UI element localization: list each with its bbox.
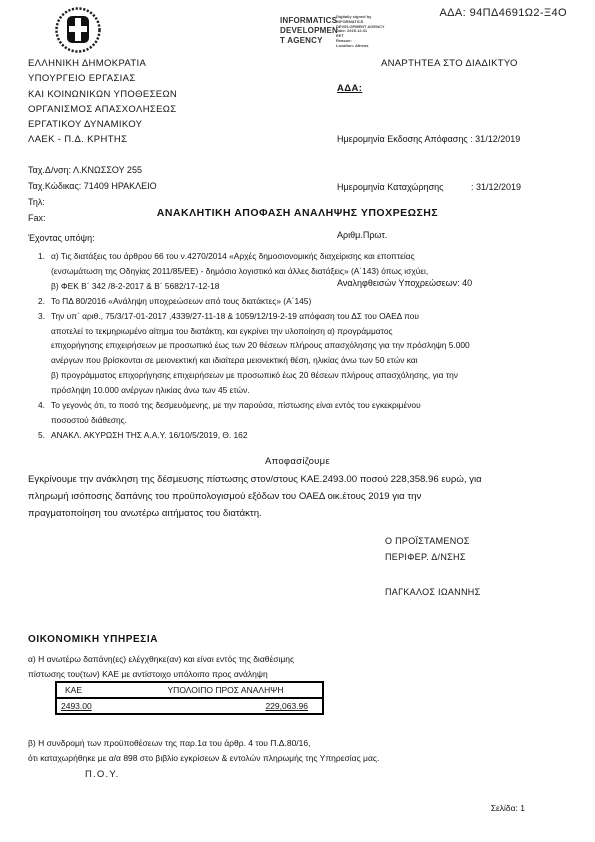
table-cell-balance-value: 229,063.96 — [141, 701, 308, 711]
signatory-title: Ο ΠΡΟΪΣΤΑΜΕΝΟΣ — [385, 533, 480, 549]
ada-label: ΑΔΑ: — [337, 83, 362, 94]
finance-para-line: ότι καταχωρήθηκε με α/α 898 στο βιβλίο ε… — [28, 751, 379, 766]
finance-para-line: α) Η ανωτέρω δαπάνη(ες) ελέγχθηκε(αν) κα… — [28, 652, 294, 667]
consideration-line: β) προγράμματος επιχορήγησης επιχειρήσεω… — [51, 368, 583, 383]
stamp-agency-line: T AGENCY — [280, 36, 338, 46]
item-number: 3. — [38, 309, 45, 324]
contact-line: Ταχ.Κώδικας: 71409 ΗΡΑΚΛΕΙΟ — [28, 178, 157, 194]
consideration-line: αποτελεί το τεκμηριωμένο αίτημα του διατ… — [51, 324, 583, 339]
preamble-label: Έχοντας υπόψη: — [28, 233, 95, 243]
issuer-line: ΕΛΛΗΝΙΚΗ ΔΗΜΟΚΡΑΤΙΑ — [28, 56, 177, 71]
finance-heading: ΟΙΚΟΝΟΜΙΚΗ ΥΠΗΡΕΣΙΑ — [28, 634, 158, 645]
consideration-line: Την υπ΄ αριθ., 75/3/17-01-2017 ,4339/27-… — [51, 309, 583, 324]
consideration-line: (ενσωμάτωση της Οδηγίας 2011/85/ΕΕ) - δη… — [51, 264, 583, 279]
item-number: 4. — [38, 398, 45, 413]
decision-paragraph: Εγκρίνουμε την ανάκληση της δέσμευσης πί… — [28, 471, 482, 522]
consideration-line: β) ΦΕΚ Β΄ 342 /8-2-2017 & Β΄ 5682/17-12-… — [51, 279, 583, 294]
signature-stamp-agency: INFORMATICS DEVELOPMEN T AGENCY — [280, 16, 338, 46]
meta-line-issue-date: Ημερομηνία Εκδοσης Απόφασης : 31/12/2019 — [337, 131, 521, 147]
item-number: 1. — [38, 249, 45, 264]
greek-emblem-logo — [54, 6, 102, 59]
consideration-line: ΑΝΑΚΛ. ΑΚΥΡΩΣΗ ΤΗΣ Α.Α.Υ. 16/10/5/2019, … — [51, 428, 583, 443]
stamp-agency-line: INFORMATICS — [280, 16, 338, 26]
finance-table: ΚΑΕ ΥΠΟΛΟΙΠΟ ΠΡΟΣ ΑΝΑΛΗΨΗ 2493.00 229,06… — [55, 681, 324, 715]
consideration-line: ανέργων που βρίσκονται σε μειονεκτική κα… — [51, 353, 583, 368]
consideration-line: ποσοστού διάθεσης. — [51, 413, 583, 428]
consideration-line: πρόσληψη 10.000 ανέργων ηλικίας άνω των … — [51, 383, 583, 398]
signatory-name: ΠΑΓΚΑΛΟΣ ΙΩΑΝΝΗΣ — [385, 584, 480, 600]
page-number: Σελίδα: 1 — [491, 803, 525, 813]
table-header-balance: ΥΠΟΛΟΙΠΟ ΠΡΟΣ ΑΝΑΛΗΨΗ — [135, 685, 316, 695]
document-page: INFORMATICS DEVELOPMEN T AGENCY Digitall… — [0, 0, 595, 842]
issuer-line: ΟΡΓΑΝΙΣΜΟΣ ΑΠΑΣΧΟΛΗΣΕΩΣ — [28, 102, 177, 117]
consideration-item: 5. ΑΝΑΚΛ. ΑΚΥΡΩΣΗ ΤΗΣ Α.Α.Υ. 16/10/5/201… — [38, 428, 583, 443]
signatory-directorate: ΠΕΡΙΦΕΡ. Δ/ΝΣΗΣ — [385, 549, 480, 565]
finance-paragraph-b: β) Η συνδρομή των προϋποθέσεων της παρ.1… — [28, 736, 379, 766]
decision-heading: Αποφασίζουμε — [0, 456, 595, 467]
finance-table-row: 2493.00 229,063.96 — [57, 699, 322, 713]
contact-line: Ταχ.Δ/νση: Λ.ΚΝΩΣΣΟΥ 255 — [28, 162, 157, 178]
finance-para-line: πίστωσης του(των) ΚΑΕ με αντίστοιχο υπόλ… — [28, 667, 294, 682]
decision-line: πραγματοποίηση του ανωτέρω αιτήματος του… — [28, 505, 482, 522]
signature-stamp-details: Digitally signed by INFORMATICS DEVELOPM… — [336, 15, 385, 49]
item-number: 2. — [38, 294, 45, 309]
considerations-list: 1. α) Τις διατάξεις του άρθρου 66 του ν.… — [38, 249, 583, 443]
consideration-line: α) Τις διατάξεις του άρθρου 66 του ν.427… — [51, 249, 583, 264]
finance-paragraph-a: α) Η ανωτέρω δαπάνη(ες) ελέγχθηκε(αν) κα… — [28, 652, 294, 681]
consideration-line: Το γεγονός ότι, το ποσό της δεσμευόμενης… — [51, 398, 583, 413]
publish-notice: ΑΝΑΡΤΗΤΕΑ ΣΤΟ ΔΙΑΔΙΚΤΥΟ — [381, 58, 518, 69]
consideration-line: επιχορήγησης επιχειρήσεων με προσωπικό έ… — [51, 338, 583, 353]
issuer-block: ΕΛΛΗΝΙΚΗ ΔΗΜΟΚΡΑΤΙΑ ΥΠΟΥΡΓΕΙΟ ΕΡΓΑΣΙΑΣ Κ… — [28, 56, 177, 148]
finance-table-header-row: ΚΑΕ ΥΠΟΛΟΙΠΟ ΠΡΟΣ ΑΝΑΛΗΨΗ — [57, 683, 322, 699]
stamp-detail-line: Location: Athens — [336, 44, 385, 49]
coat-of-arms-icon — [54, 6, 102, 54]
document-title: ΑΝΑΚΛΗΤΙΚΗ ΑΠΟΦΑΣΗ ΑΝΑΛΗΨΗΣ ΥΠΟΧΡΕΩΣΗΣ — [0, 207, 595, 219]
table-header-kae: ΚΑΕ — [65, 685, 135, 695]
stamp-agency-line: DEVELOPMEN — [280, 26, 338, 36]
consideration-line: Το ΠΔ 80/2016 «Ανάληψη υποχρεώσεων από τ… — [51, 294, 583, 309]
decision-line: πληρωμή ισόποσης δαπάνης του προϋπολογισ… — [28, 488, 482, 505]
issuer-line: ΛΑΕΚ - Π.Δ. ΚΡΗΤΗΣ — [28, 132, 177, 147]
item-number: 5. — [38, 428, 45, 443]
decision-line: Εγκρίνουμε την ανάκληση της δέσμευσης πί… — [28, 471, 482, 488]
consideration-item: 4. Το γεγονός ότι, το ποσό της δεσμευόμε… — [38, 398, 583, 428]
consideration-item: 2. Το ΠΔ 80/2016 «Ανάληψη υποχρεώσεων απ… — [38, 294, 583, 309]
poy-label: Π.Ο.Υ. — [85, 769, 120, 780]
finance-para-line: β) Η συνδρομή των προϋποθέσεων της παρ.1… — [28, 736, 379, 751]
consideration-item: 3. Την υπ΄ αριθ., 75/3/17-01-2017 ,4339/… — [38, 309, 583, 398]
ada-code: ΑΔΑ: 94ΠΔ4691Ω2-Ξ4Ο — [439, 7, 567, 19]
issuer-line: ΚΑΙ ΚΟΙΝΩΝΙΚΩΝ ΥΠΟΘΕΣΕΩΝ — [28, 87, 177, 102]
issuer-line: ΕΡΓΑΤΙΚΟΥ ΔΥΝΑΜΙΚΟΥ — [28, 117, 177, 132]
meta-line-registration-date: Ημερομηνία Καταχώρησης : 31/12/2019 — [337, 179, 521, 195]
meta-line-protocol-number: Αριθμ.Πρωτ. — [337, 227, 521, 243]
signatory-block: Ο ΠΡΟΪΣΤΑΜΕΝΟΣ ΠΕΡΙΦΕΡ. Δ/ΝΣΗΣ ΠΑΓΚΑΛΟΣ … — [385, 533, 480, 600]
table-cell-kae-value: 2493.00 — [61, 701, 141, 711]
consideration-item: 1. α) Τις διατάξεις του άρθρου 66 του ν.… — [38, 249, 583, 294]
issuer-line: ΥΠΟΥΡΓΕΙΟ ΕΡΓΑΣΙΑΣ — [28, 71, 177, 86]
